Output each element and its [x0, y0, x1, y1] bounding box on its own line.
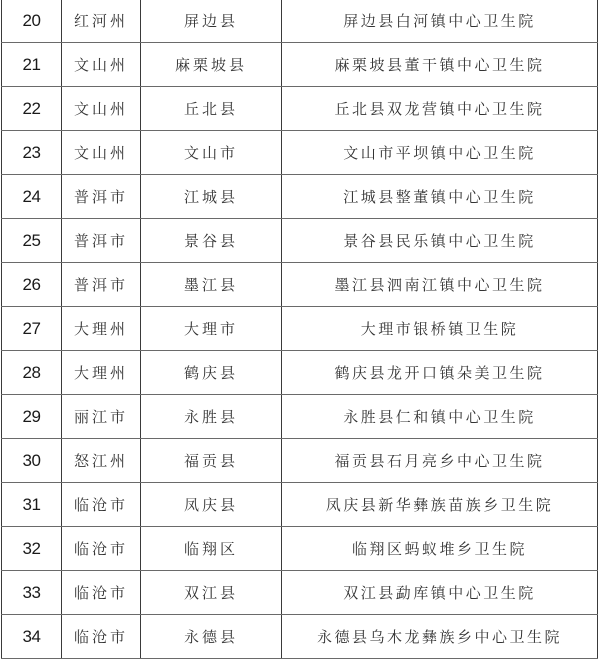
- row-number-cell: 21: [2, 43, 62, 87]
- table-row: 24 普洱市 江城县 江城县整董镇中心卫生院: [2, 175, 598, 219]
- institution-cell: 永德县乌木龙彝族乡中心卫生院: [282, 615, 598, 659]
- institution-cell: 文山市平坝镇中心卫生院: [282, 131, 598, 175]
- table-row: 30 怒江州 福贡县 福贡县石月亮乡中心卫生院: [2, 439, 598, 483]
- institution-cell: 福贡县石月亮乡中心卫生院: [282, 439, 598, 483]
- county-cell: 麻栗坡县: [141, 43, 282, 87]
- institution-cell: 景谷县民乐镇中心卫生院: [282, 219, 598, 263]
- county-cell: 江城县: [141, 175, 282, 219]
- prefecture-cell: 普洱市: [62, 175, 141, 219]
- prefecture-cell: 普洱市: [62, 219, 141, 263]
- prefecture-cell: 文山州: [62, 43, 141, 87]
- row-number-cell: 29: [2, 395, 62, 439]
- row-number-cell: 32: [2, 527, 62, 571]
- county-cell: 鹤庆县: [141, 351, 282, 395]
- prefecture-cell: 文山州: [62, 131, 141, 175]
- table-row: 31 临沧市 凤庆县 凤庆县新华彝族苗族乡卫生院: [2, 483, 598, 527]
- prefecture-cell: 大理州: [62, 351, 141, 395]
- prefecture-cell: 怒江州: [62, 439, 141, 483]
- county-cell: 永胜县: [141, 395, 282, 439]
- institution-cell: 大理市银桥镇卫生院: [282, 307, 598, 351]
- institution-cell: 鹤庆县龙开口镇朵美卫生院: [282, 351, 598, 395]
- institution-cell: 临翔区蚂蚁堆乡卫生院: [282, 527, 598, 571]
- table-row: 25 普洱市 景谷县 景谷县民乐镇中心卫生院: [2, 219, 598, 263]
- table-row: 28 大理州 鹤庆县 鹤庆县龙开口镇朵美卫生院: [2, 351, 598, 395]
- county-cell: 凤庆县: [141, 483, 282, 527]
- row-number-cell: 28: [2, 351, 62, 395]
- row-number-cell: 25: [2, 219, 62, 263]
- row-number-cell: 20: [2, 0, 62, 43]
- institution-cell: 丘北县双龙营镇中心卫生院: [282, 87, 598, 131]
- prefecture-cell: 临沧市: [62, 571, 141, 615]
- prefecture-cell: 丽江市: [62, 395, 141, 439]
- county-cell: 福贡县: [141, 439, 282, 483]
- institution-cell: 麻栗坡县董干镇中心卫生院: [282, 43, 598, 87]
- county-cell: 大理市: [141, 307, 282, 351]
- health-center-table: 20 红河州 屏边县 屏边县白河镇中心卫生院 21 文山州 麻栗坡县 麻栗坡县董…: [1, 0, 598, 659]
- prefecture-cell: 红河州: [62, 0, 141, 43]
- row-number-cell: 26: [2, 263, 62, 307]
- table-row: 29 丽江市 永胜县 永胜县仁和镇中心卫生院: [2, 395, 598, 439]
- county-cell: 丘北县: [141, 87, 282, 131]
- institution-cell: 双江县勐库镇中心卫生院: [282, 571, 598, 615]
- table-row: 34 临沧市 永德县 永德县乌木龙彝族乡中心卫生院: [2, 615, 598, 659]
- county-cell: 墨江县: [141, 263, 282, 307]
- prefecture-cell: 文山州: [62, 87, 141, 131]
- county-cell: 屏边县: [141, 0, 282, 43]
- county-cell: 文山市: [141, 131, 282, 175]
- row-number-cell: 33: [2, 571, 62, 615]
- row-number-cell: 27: [2, 307, 62, 351]
- table-body: 20 红河州 屏边县 屏边县白河镇中心卫生院 21 文山州 麻栗坡县 麻栗坡县董…: [2, 0, 598, 659]
- table-row: 20 红河州 屏边县 屏边县白河镇中心卫生院: [2, 0, 598, 43]
- institution-cell: 江城县整董镇中心卫生院: [282, 175, 598, 219]
- table-row: 27 大理州 大理市 大理市银桥镇卫生院: [2, 307, 598, 351]
- table-row: 21 文山州 麻栗坡县 麻栗坡县董干镇中心卫生院: [2, 43, 598, 87]
- prefecture-cell: 临沧市: [62, 527, 141, 571]
- row-number-cell: 23: [2, 131, 62, 175]
- table-row: 23 文山州 文山市 文山市平坝镇中心卫生院: [2, 131, 598, 175]
- county-cell: 永德县: [141, 615, 282, 659]
- prefecture-cell: 临沧市: [62, 615, 141, 659]
- prefecture-cell: 临沧市: [62, 483, 141, 527]
- institution-cell: 永胜县仁和镇中心卫生院: [282, 395, 598, 439]
- row-number-cell: 34: [2, 615, 62, 659]
- county-cell: 景谷县: [141, 219, 282, 263]
- health-center-table-container: 20 红河州 屏边县 屏边县白河镇中心卫生院 21 文山州 麻栗坡县 麻栗坡县董…: [1, 0, 598, 659]
- institution-cell: 墨江县泗南江镇中心卫生院: [282, 263, 598, 307]
- table-row: 33 临沧市 双江县 双江县勐库镇中心卫生院: [2, 571, 598, 615]
- row-number-cell: 31: [2, 483, 62, 527]
- county-cell: 临翔区: [141, 527, 282, 571]
- row-number-cell: 22: [2, 87, 62, 131]
- prefecture-cell: 大理州: [62, 307, 141, 351]
- prefecture-cell: 普洱市: [62, 263, 141, 307]
- county-cell: 双江县: [141, 571, 282, 615]
- table-row: 22 文山州 丘北县 丘北县双龙营镇中心卫生院: [2, 87, 598, 131]
- institution-cell: 凤庆县新华彝族苗族乡卫生院: [282, 483, 598, 527]
- table-row: 32 临沧市 临翔区 临翔区蚂蚁堆乡卫生院: [2, 527, 598, 571]
- row-number-cell: 24: [2, 175, 62, 219]
- institution-cell: 屏边县白河镇中心卫生院: [282, 0, 598, 43]
- table-row: 26 普洱市 墨江县 墨江县泗南江镇中心卫生院: [2, 263, 598, 307]
- row-number-cell: 30: [2, 439, 62, 483]
